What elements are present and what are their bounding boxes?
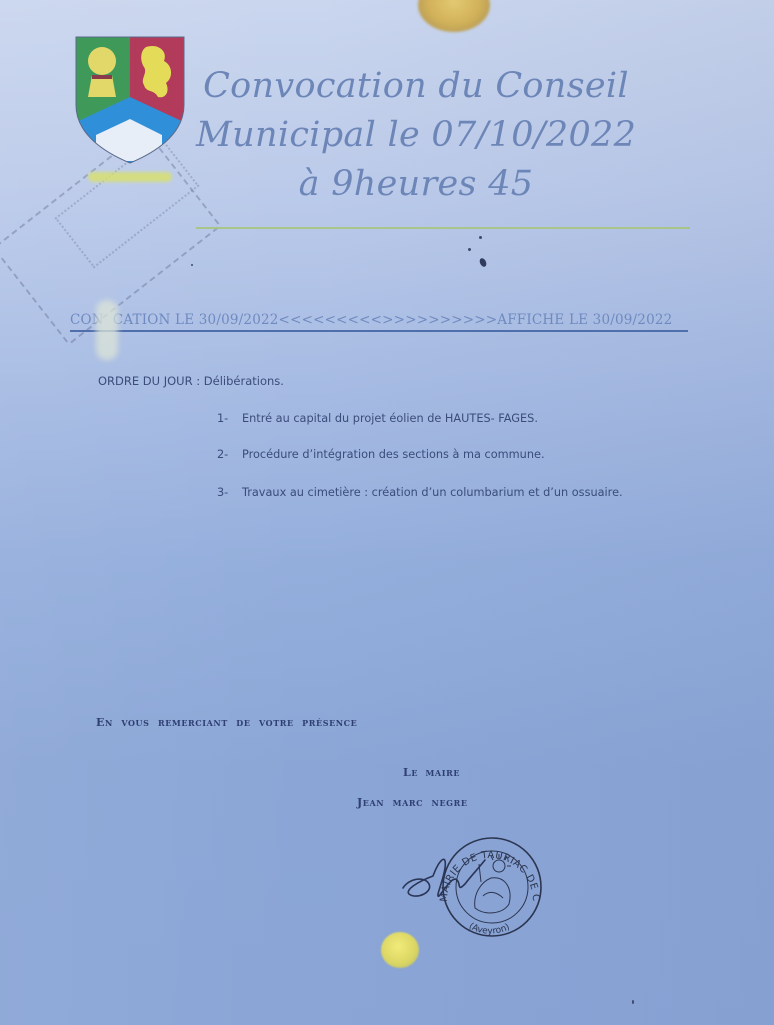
page-title: Convocation du Conseil Municipal le 07/1… [196,62,636,209]
agenda-item: 1-Entré au capital du projet éolien de H… [217,412,538,425]
agenda-item-number: 2- [217,448,242,461]
signatory-title: Le maire [403,766,460,779]
title-line: Municipal le 07/10/2022 [196,111,636,160]
highlighter-mark [88,172,172,182]
title-divider [196,227,690,229]
agenda-item: 2-Procédure d’intégration des sections à… [217,448,545,461]
svg-text:MAIRIE DE TAURIAC DE CAMARES: MAIRIE DE TAURIAC DE CAMARES [395,830,541,902]
push-pin-icon [418,0,490,32]
agenda-item-text: Entré au capital du projet éolien de HAU… [242,412,538,425]
town-hall-seal-icon: MAIRIE DE TAURIAC DE CAMARES (Aveyron) [395,830,555,940]
municipal-coat-of-arms-icon [74,35,186,165]
title-line: à 9heures 45 [196,160,636,209]
agenda-heading: ORDRE DU JOUR : Délibérations. [98,374,284,388]
agenda-item-number: 1- [217,412,242,425]
convocation-banner: CON CATION LE 30/09/2022<<<<<<<<<>>>>>>>… [70,312,690,328]
agenda-item-text: Procédure d’intégration des sections à m… [242,448,545,461]
banner-underline [70,330,688,332]
agenda-item: 3-Travaux au cimetière : création d’un c… [217,486,623,499]
closing-line: En vous remerciant de votre présence [96,716,357,729]
paper-smudge [96,300,118,360]
agenda-item-text: Travaux au cimetière : création d’un col… [242,486,623,499]
signatory-name: Jean marc negre [357,796,468,809]
title-line: Convocation du Conseil [196,62,636,111]
agenda-item-number: 3- [217,486,242,499]
